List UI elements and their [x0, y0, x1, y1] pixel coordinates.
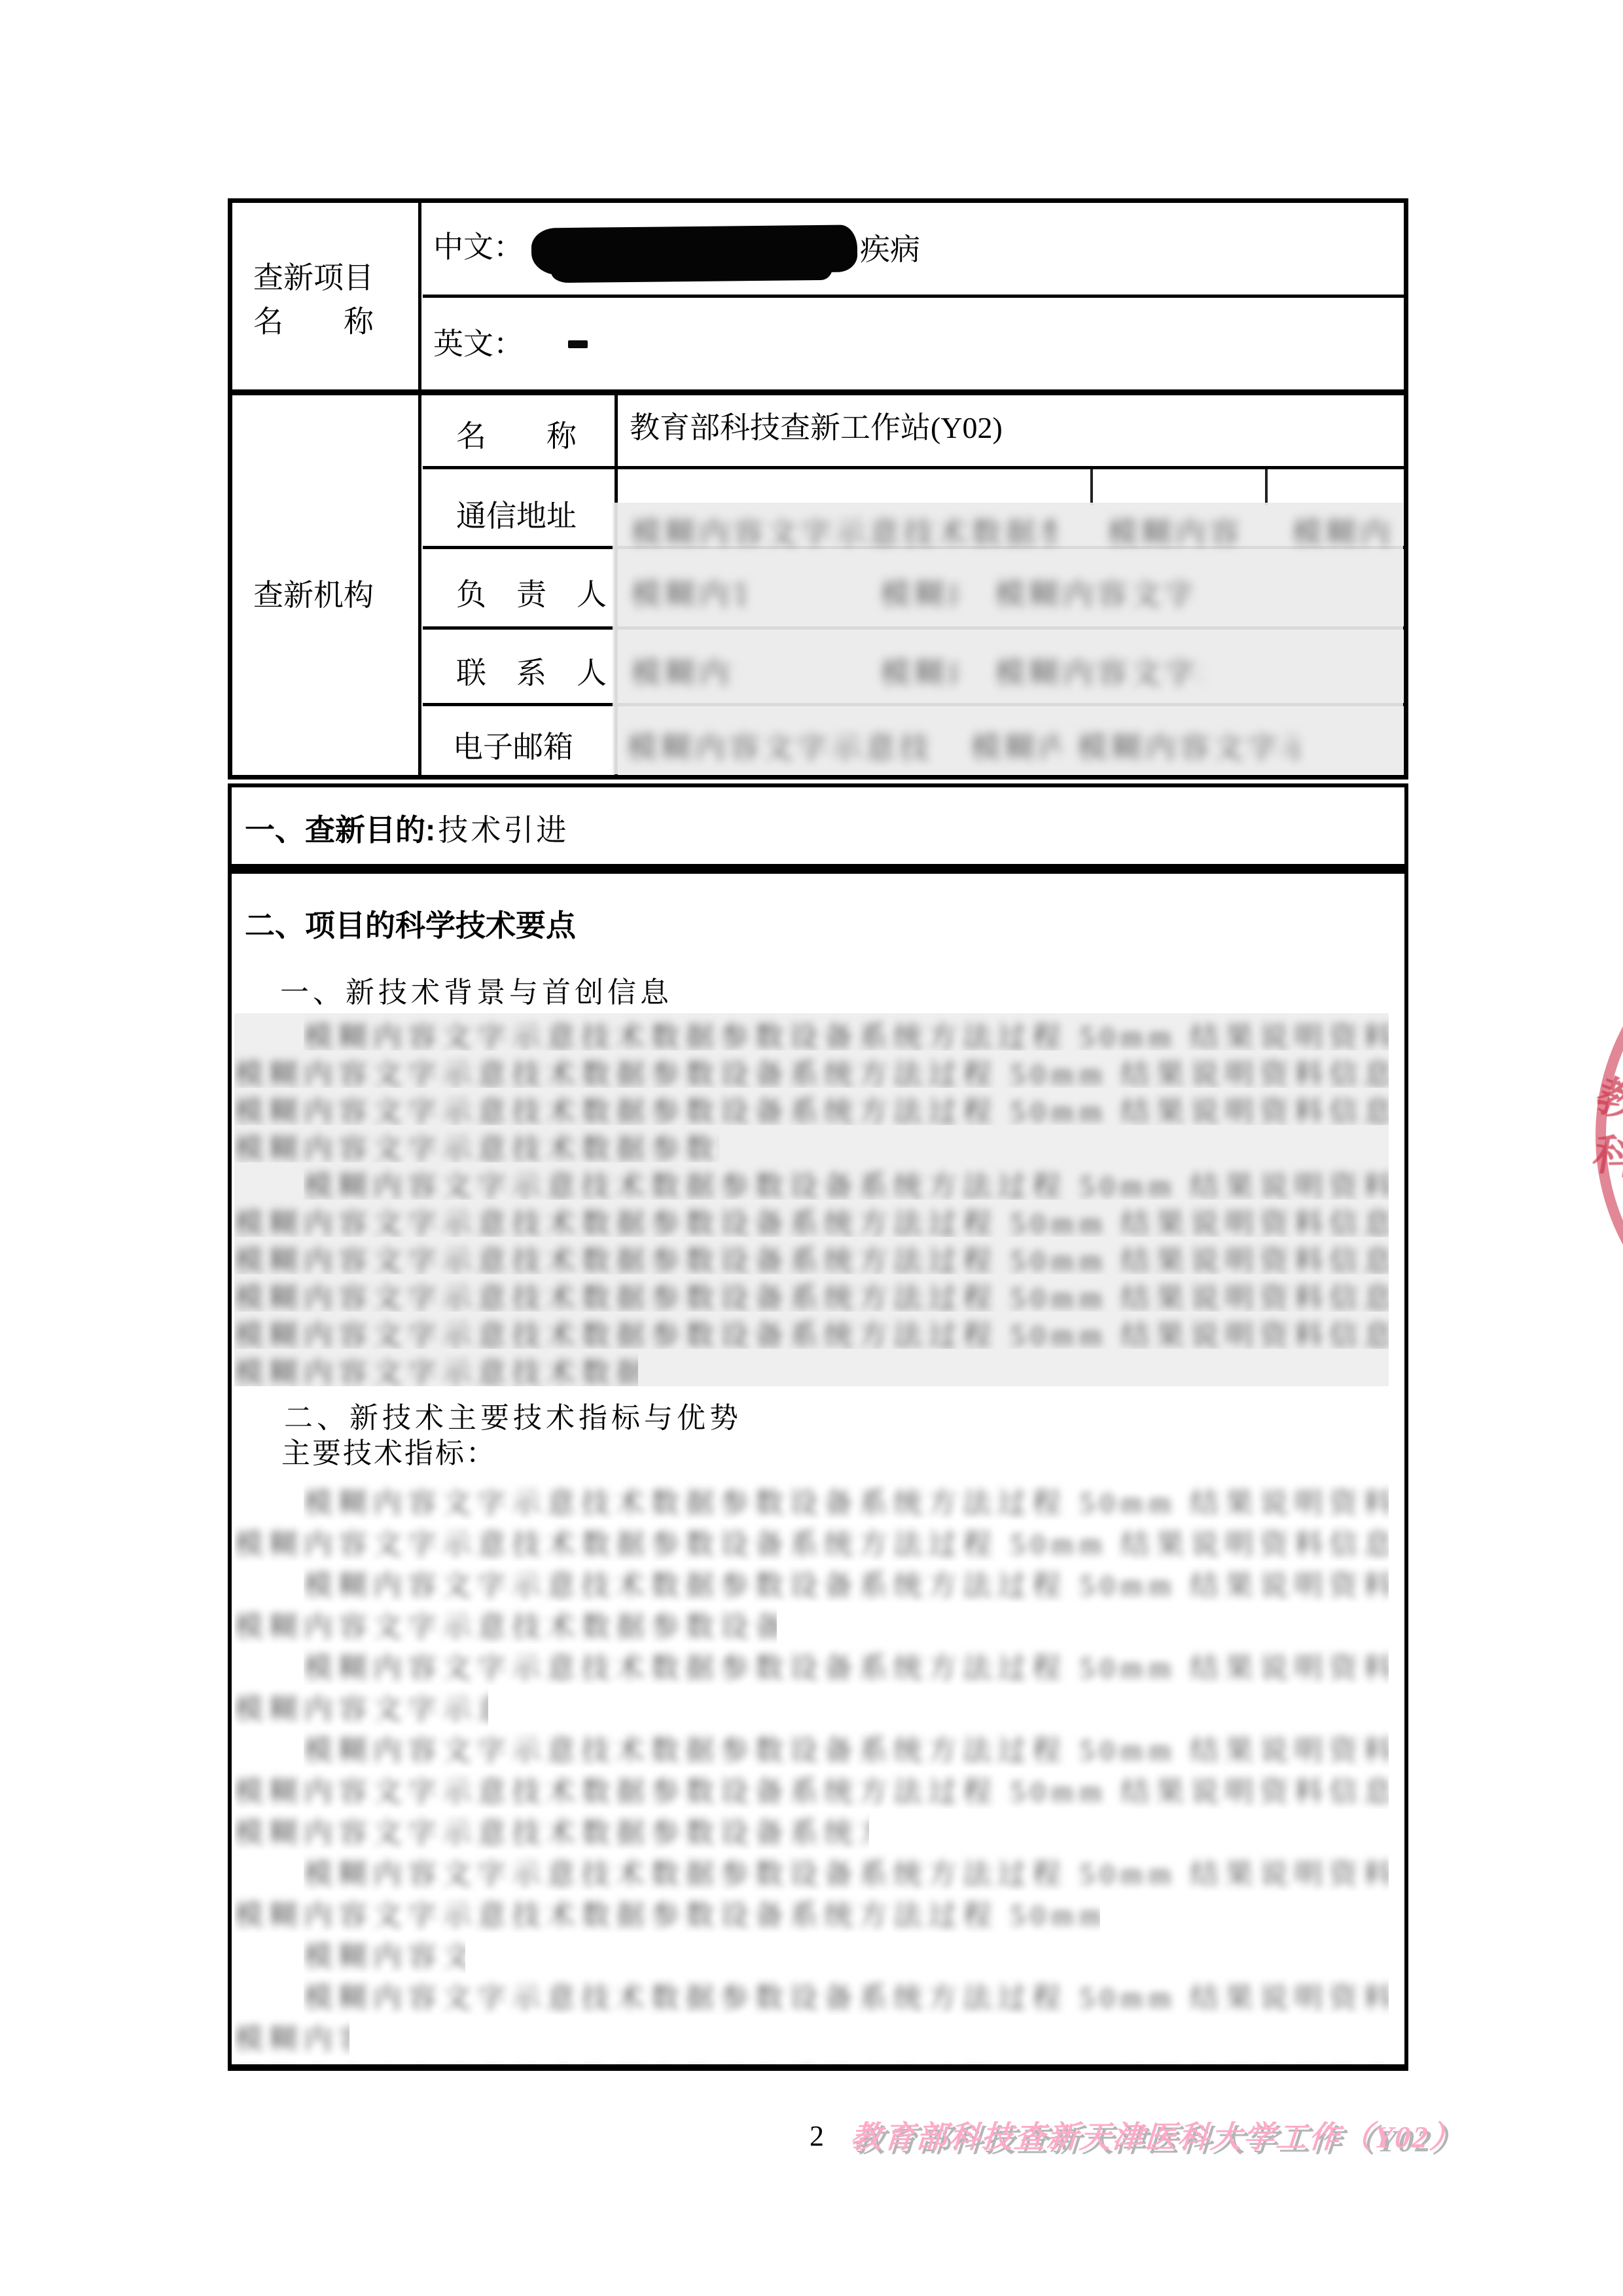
table-border-col1	[418, 203, 421, 775]
agency-email-label: 电子邮箱	[453, 723, 573, 766]
redacted-line: 模糊内容文字示意技术数据参数设备系统方法过程 50mm 结果说明资料信息 300…	[304, 1162, 1389, 1200]
redacted-line: 模糊内容文字示意技术数据参数设备系统方法过程 50mm 结果说明资料信息 300…	[304, 1562, 1389, 1603]
redacted-line: 模糊内容文字示意技术数据参数设备系统方法过程 50mm 结果说明资料信息 300…	[304, 1850, 1389, 1892]
agency-row-label: 查新机构	[253, 571, 374, 615]
chinese-title-visible-suffix: 疾病	[860, 233, 920, 268]
redacted-line: 模糊内容文字示意技术数据参数设备系统方法过程 50mm 结果说明资料信息 300…	[234, 1685, 488, 1727]
cell-border-stub	[1090, 469, 1093, 505]
redacted-line: 模糊内容文字示意技术数据参数设备系统方法过程 50mm 结果说明资料信息 300…	[234, 1200, 1389, 1237]
redacted-line: 模糊内容文字示意技术数据参数设备系统方法过程 50mm 结果说明资料信息 300…	[234, 1312, 1389, 1349]
redacted-line: 模糊内容文字示意技术数据参数设备系统方法过程 50mm 结果说明资料信息 300…	[234, 1809, 869, 1850]
red-seal-partial-char: 科	[1589, 1119, 1623, 1187]
redacted-line: 模糊内容文字示意技术数据参数设备系统方法过程 50mm 结果说明资料信息 300…	[304, 1479, 1389, 1520]
redacted-field-value: 模糊内容文字示意技术数据参数设备系统方法过程 50mm 结果说明资料信息 300…	[880, 571, 960, 609]
redacted-line: 模糊内容文字示意技术数据参数设备系统方法过程 50mm 结果说明资料信息 300…	[234, 1768, 1389, 1809]
agency-contact-label: 联 系 人	[456, 649, 607, 692]
redacted-line: 模糊内容文字示意技术数据参数设备系统方法过程 50mm 结果说明资料信息 300…	[304, 1644, 1389, 1685]
footer-stamp-text: 教育部科技查新天津医科大学工作（Y02）	[849, 2113, 1464, 2157]
redacted-field-value: 模糊内容文字示意技术数据参数设备系统方法过程 50mm 结果说明资料信息 300…	[1107, 509, 1241, 547]
agency-name-label: 名 称	[456, 412, 577, 456]
redacted-field-value: 模糊内容文字示意技术数据参数设备系统方法过程 50mm 结果说明资料信息 300…	[1077, 724, 1298, 762]
redacted-line: 模糊内容文字示意技术数据参数设备系统方法过程 50mm 结果说明资料信息 300…	[234, 1237, 1389, 1274]
english-title-label: 英文：	[433, 327, 524, 362]
project-name-row-label-line2: 名 称	[253, 298, 374, 341]
novelty-report-page: 查新项目 名 称 查新机构 中文： 疾病 英文： 名 称 通信地址 负 责 人 …	[0, 0, 1623, 2296]
english-title-dash-value	[568, 340, 588, 348]
redacted-line: 模糊内容文字示意技术数据参数设备系统方法过程 50mm 结果说明资料信息 300…	[304, 1933, 465, 1974]
agency-name-value: 教育部科技查新工作站(Y02)	[630, 411, 1003, 446]
tech-sub2-subheading: 主要技术指标：	[281, 1437, 497, 1471]
redacted-field-value: 模糊内容文字示意技术数据参数设备系统方法过程 50mm 结果说明资料信息 300…	[631, 509, 1056, 547]
redacted-line: 模糊内容文字示意技术数据参数设备系统方法过程 50mm 结果说明资料信息 300…	[234, 1349, 638, 1386]
redacted-line: 模糊内容文字示意技术数据参数设备系统方法过程 50mm 结果说明资料信息 300…	[234, 1603, 777, 1644]
chinese-title-label: 中文：	[433, 230, 524, 265]
redacted-field-value: 模糊内容文字示意技术数据参数设备系统方法过程 50mm 结果说明资料信息 300…	[627, 724, 929, 762]
footer-page-number: 2	[810, 2119, 824, 2153]
redacted-line: 模糊内容文字示意技术数据参数设备系统方法过程 50mm 结果说明资料信息 300…	[234, 1520, 1389, 1562]
redacted-paragraph-block-indicators: 模糊内容文字示意技术数据参数设备系统方法过程 50mm 结果说明资料信息 300…	[234, 1479, 1389, 2056]
redacted-line: 模糊内容文字示意技术数据参数设备系统方法过程 50mm 结果说明资料信息 300…	[304, 1727, 1389, 1768]
redacted-line: 模糊内容文字示意技术数据参数设备系统方法过程 50mm 结果说明资料信息 300…	[304, 1013, 1389, 1050]
redacted-paragraph-block-background: 模糊内容文字示意技术数据参数设备系统方法过程 50mm 结果说明资料信息 300…	[234, 1013, 1389, 1386]
redacted-clipped-line: 模糊内容文字示意技术数据参数设备系统方法过程 50mm 结果说明资料信息 300…	[234, 2058, 1389, 2064]
project-name-row-label-line1: 查新项目	[253, 254, 374, 297]
cell-border-stub	[1265, 469, 1268, 505]
section-purpose-line: 一、查新目的: 技术引进	[245, 806, 569, 850]
section-purpose-value: 技术引进	[438, 814, 569, 847]
table-border-row-name-addr	[423, 466, 1404, 469]
redacted-field-value: 模糊内容文字示意技术数据参数设备系统方法过程 50mm 结果说明资料信息 300…	[631, 649, 736, 687]
agency-address-label: 通信地址	[456, 492, 577, 535]
redacted-field-value: 模糊内容文字示意技术数据参数设备系统方法过程 50mm 结果说明资料信息 300…	[880, 649, 960, 687]
redacted-line: 模糊内容文字示意技术数据参数设备系统方法过程 50mm 结果说明资料信息 300…	[304, 1974, 1389, 2015]
redacted-line: 模糊内容文字示意技术数据参数设备系统方法过程 50mm 结果说明资料信息 300…	[234, 2015, 349, 2056]
agency-principal-label: 负 责 人	[456, 571, 607, 614]
redacted-field-value: 模糊内容文字示意技术数据参数设备系统方法过程 50mm 结果说明资料信息 300…	[631, 571, 745, 609]
section-purpose-title: 一、查新目的:	[245, 813, 435, 847]
tech-sub2-heading: 二、新技术主要技术指标与优势	[284, 1394, 742, 1436]
section-tech-points-title: 二、项目的科学技术要点	[245, 902, 576, 945]
tech-sub1-heading: 一、新技术背景与首创信息	[280, 969, 673, 1011]
redacted-line: 模糊内容文字示意技术数据参数设备系统方法过程 50mm 结果说明资料信息 300…	[234, 1892, 1100, 1933]
redacted-field-value: 模糊内容文字示意技术数据参数设备系统方法过程 50mm 结果说明资料信息 300…	[995, 649, 1203, 687]
redacted-field-value: 模糊内容文字示意技术数据参数设备系统方法过程 50mm 结果说明资料信息 300…	[1292, 509, 1395, 547]
redacted-line: 模糊内容文字示意技术数据参数设备系统方法过程 50mm 结果说明资料信息 300…	[234, 1274, 1389, 1312]
table-border-section-divider	[232, 389, 1404, 395]
redacted-field-value: 模糊内容文字示意技术数据参数设备系统方法过程 50mm 结果说明资料信息 300…	[971, 724, 1061, 762]
redacted-line: 模糊内容文字示意技术数据参数设备系统方法过程 50mm 结果说明资料信息 300…	[234, 1125, 719, 1162]
redacted-line: 模糊内容文字示意技术数据参数设备系统方法过程 50mm 结果说明资料信息 300…	[234, 1050, 1389, 1088]
redacted-black-marker	[531, 224, 858, 275]
redacted-line: 模糊内容文字示意技术数据参数设备系统方法过程 50mm 结果说明资料信息 300…	[234, 1088, 1389, 1125]
table-border-row-cn-en	[423, 295, 1404, 298]
redacted-field-value: 模糊内容文字示意技术数据参数设备系统方法过程 50mm 结果说明资料信息 300…	[995, 571, 1191, 609]
